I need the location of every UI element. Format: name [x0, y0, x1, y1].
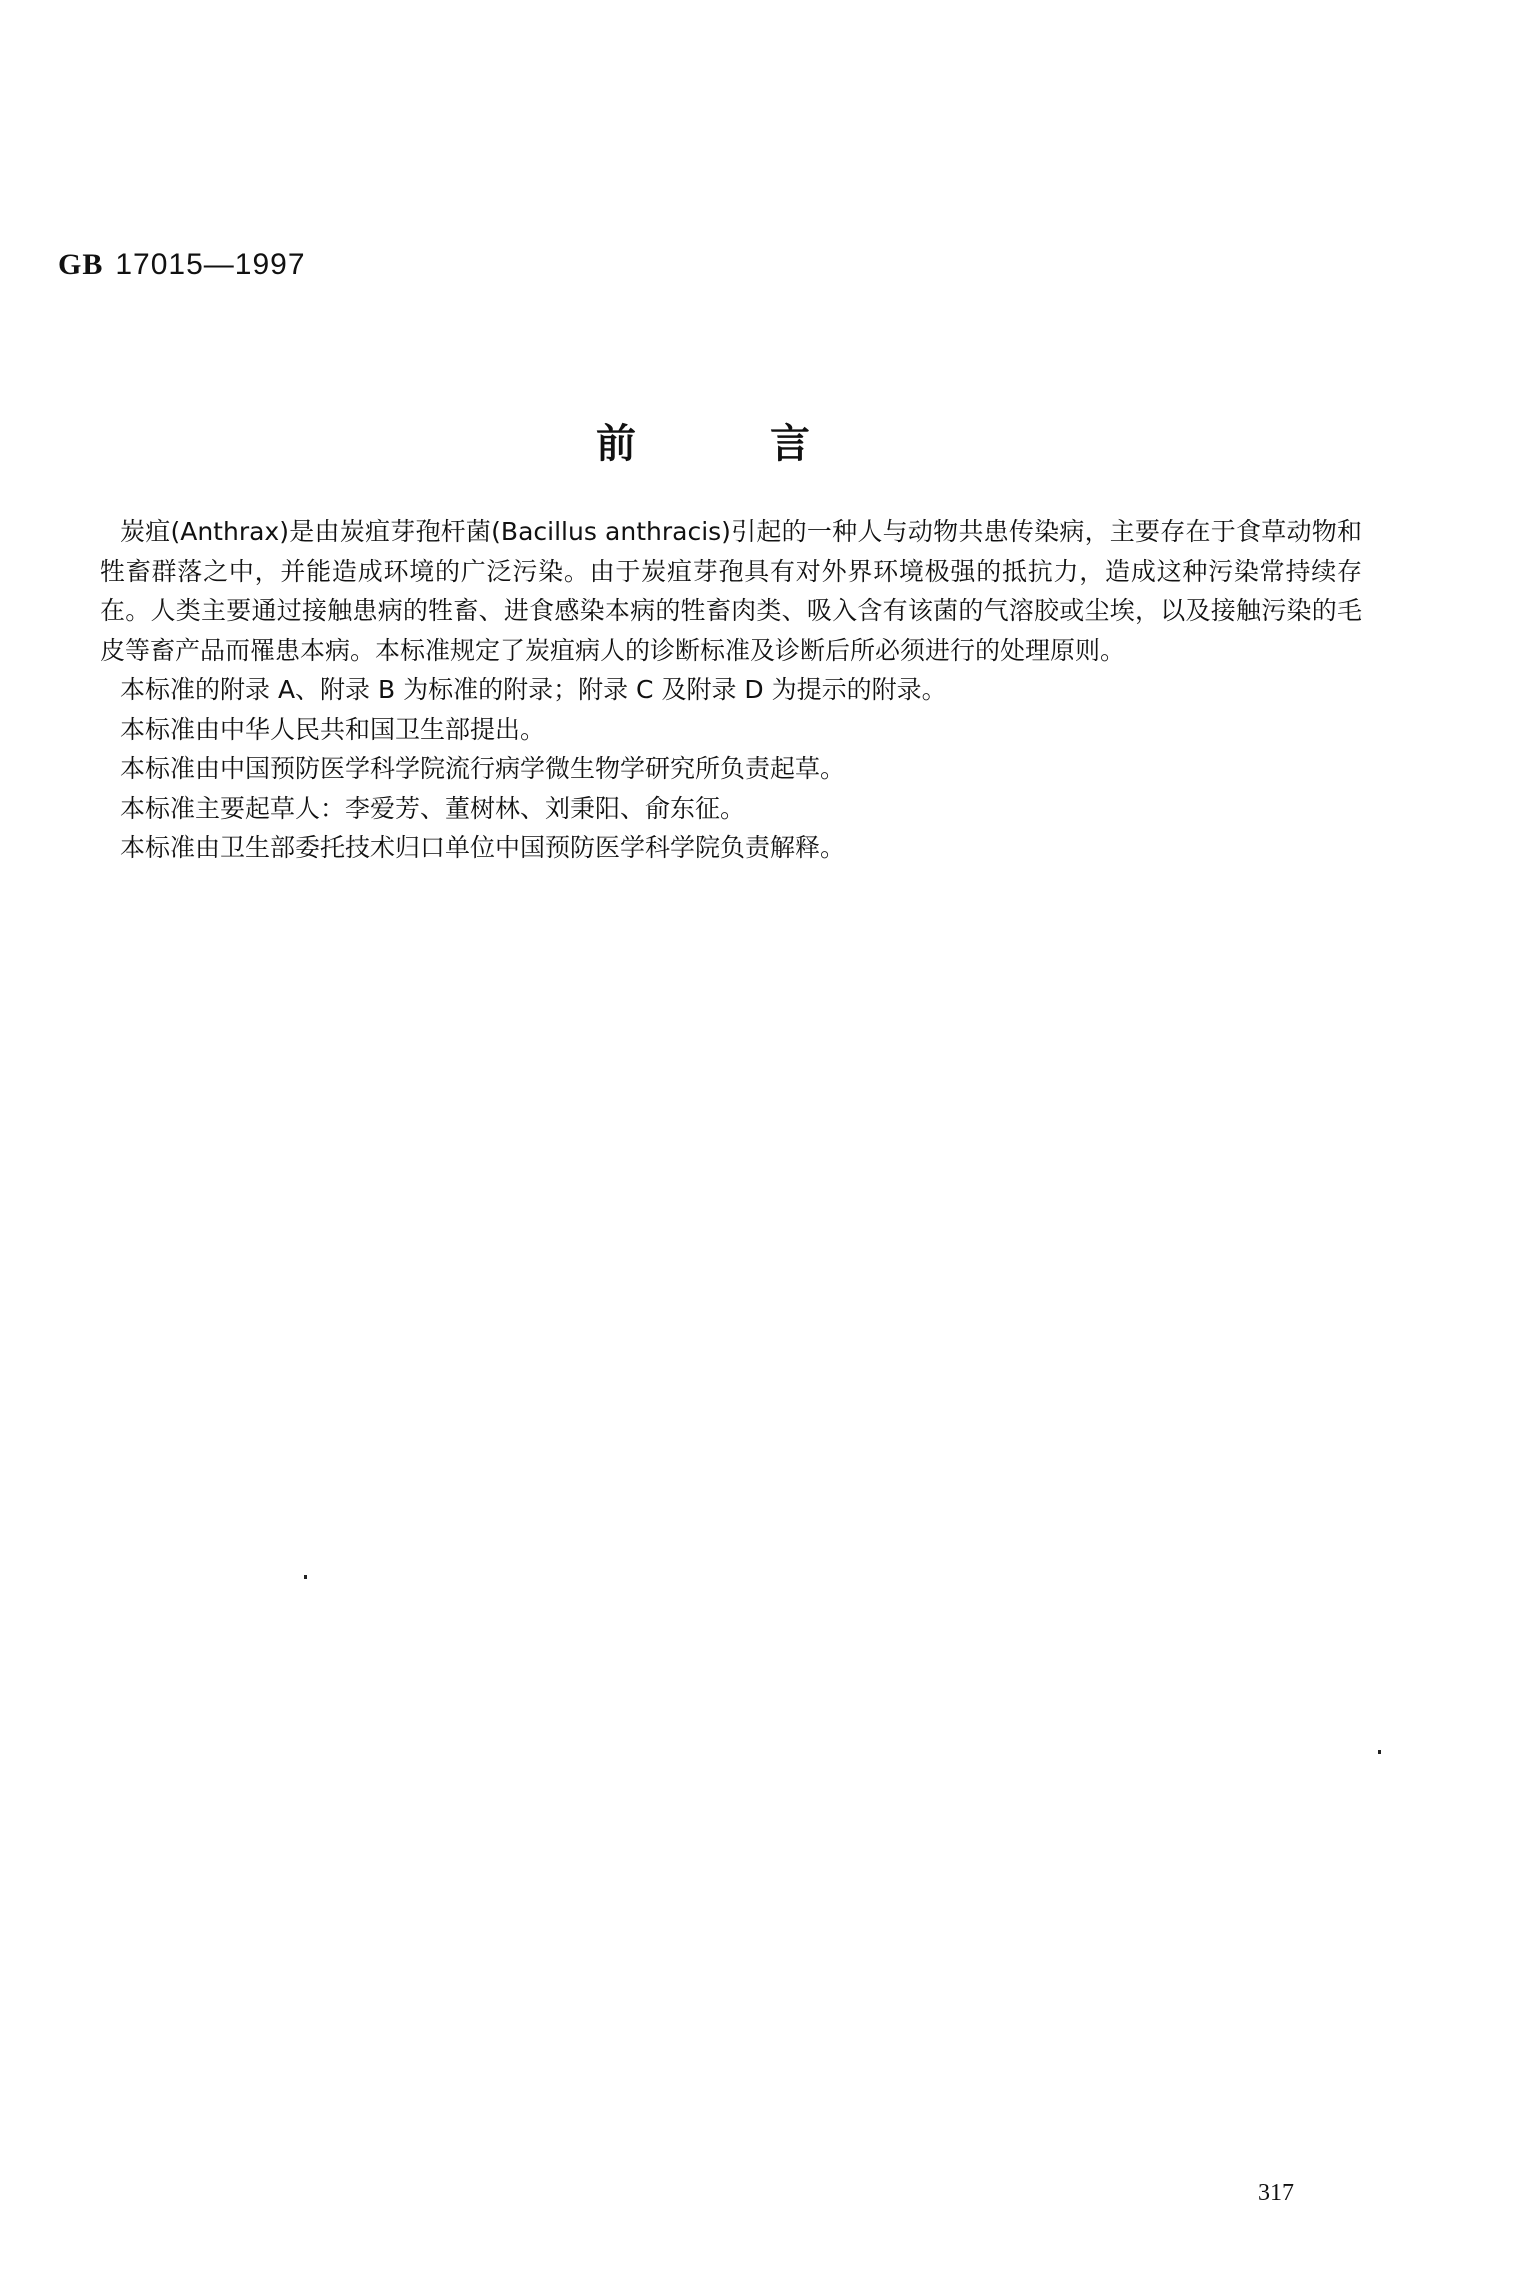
- standard-code: GB17015—1997: [58, 248, 306, 282]
- paragraph-proposer: 本标准由中华人民共和国卫生部提出。: [100, 710, 1362, 750]
- page-title: 前 言: [0, 412, 1536, 472]
- page-number: 317: [1258, 2180, 1294, 2207]
- paragraph-intro: 炭疽(Anthrax)是由炭疽芽孢杆菌(Bacillus anthracis)引…: [100, 512, 1362, 670]
- title-char-2: 言: [770, 412, 810, 469]
- standard-prefix: GB: [58, 248, 103, 281]
- scan-speck: [1378, 1750, 1381, 1754]
- paragraph-drafters: 本标准主要起草人：李爱芳、董树林、刘秉阳、俞东征。: [100, 789, 1362, 829]
- paragraph-interpretation: 本标准由卫生部委托技术归口单位中国预防医学科学院负责解释。: [100, 828, 1362, 868]
- paragraph-drafting-unit: 本标准由中国预防医学科学院流行病学微生物学研究所负责起草。: [100, 749, 1362, 789]
- foreword-body: 炭疽(Anthrax)是由炭疽芽孢杆菌(Bacillus anthracis)引…: [100, 512, 1362, 868]
- title-char-1: 前: [596, 412, 636, 469]
- standard-number: 17015—1997: [115, 248, 305, 281]
- paragraph-appendices: 本标准的附录 A、附录 B 为标准的附录；附录 C 及附录 D 为提示的附录。: [100, 670, 1362, 710]
- scan-speck: [304, 1575, 307, 1579]
